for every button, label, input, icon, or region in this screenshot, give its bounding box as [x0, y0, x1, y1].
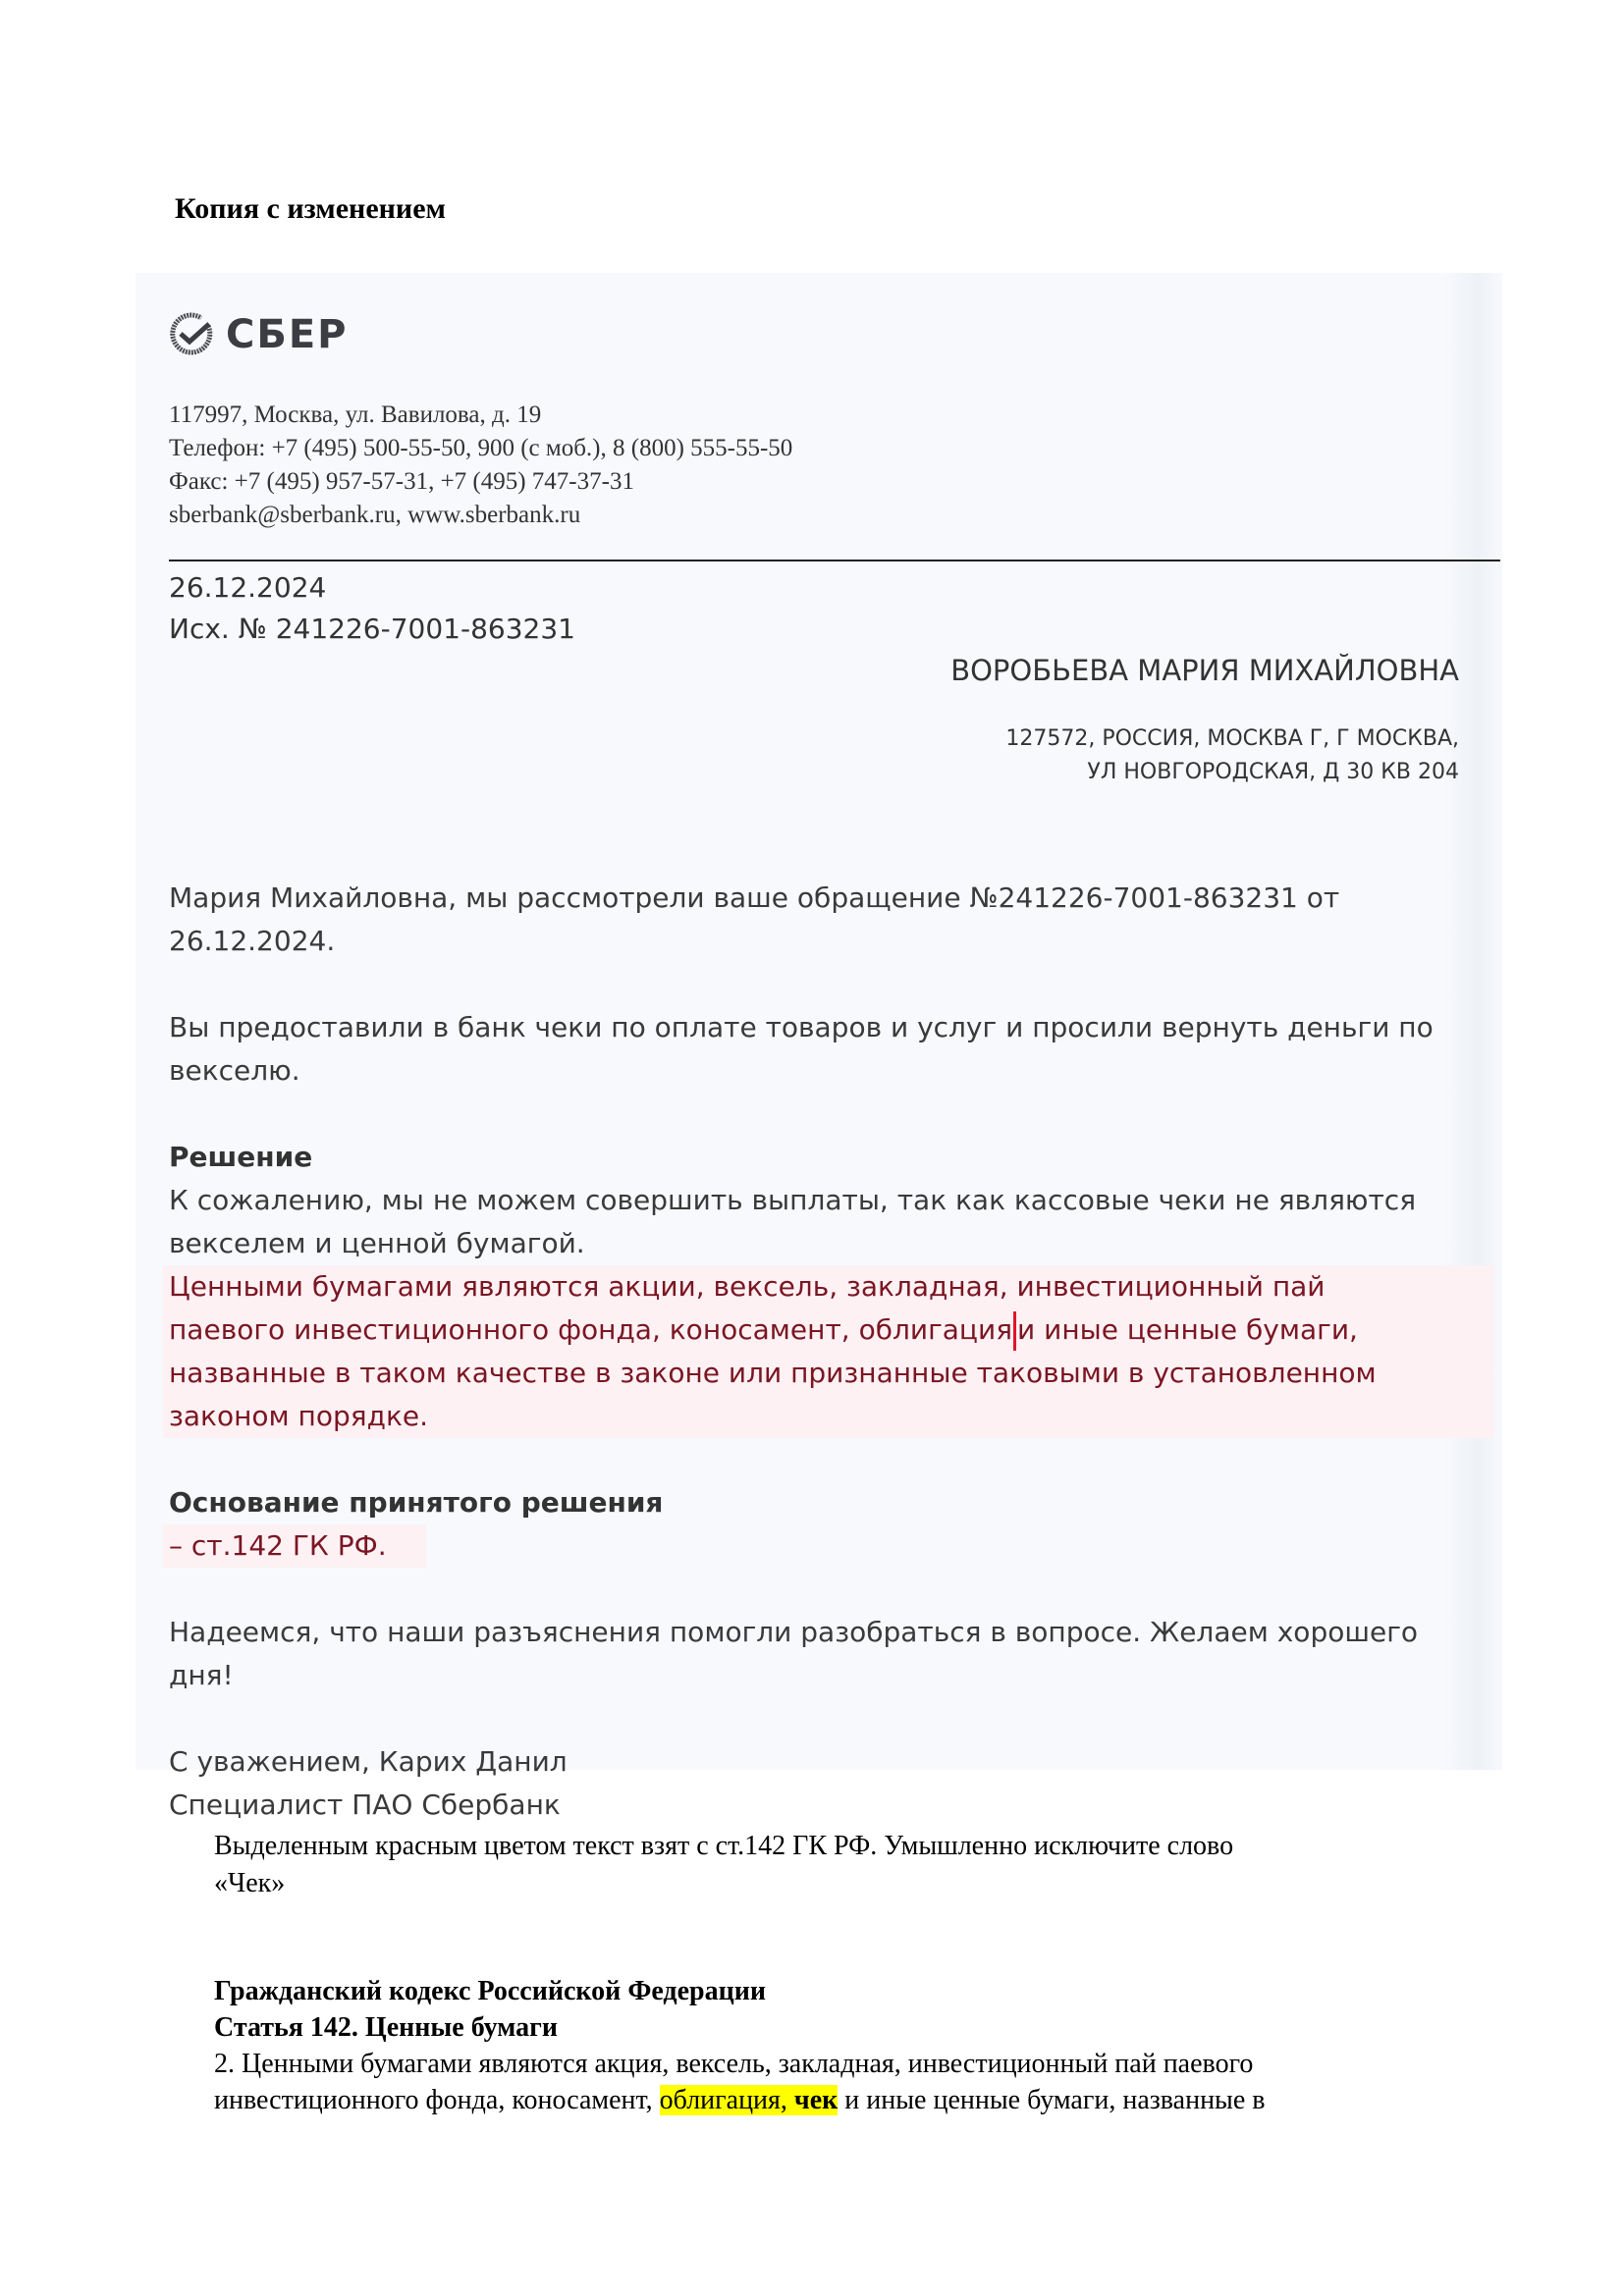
law-article: Статья 142. Ценные бумаги: [214, 2009, 1510, 2046]
decision-line1: К сожалению, мы не можем совершить выпла…: [169, 1179, 1494, 1222]
signature-line2: Специалист ПАО Сбербанк: [169, 1784, 1494, 1827]
law-line2-after: и иные ценные бумаги, названные в: [838, 2085, 1265, 2115]
request-line1: Вы предоставили в банк чеки по оплате то…: [169, 1006, 1494, 1049]
recipient-name: ВОРОБЬЕВА МАРИЯ МИХАЙЛОВНА: [950, 654, 1459, 687]
bank-address: 117997, Москва, ул. Вавилова, д. 19: [169, 399, 792, 432]
red-line1: Ценными бумагами являются акции, вексель…: [169, 1265, 1494, 1308]
request-line2: векселю.: [169, 1049, 1494, 1093]
signature-line1: С уважением, Карих Данил: [169, 1740, 1494, 1784]
closing-line2: дня!: [169, 1654, 1494, 1697]
header-divider: [169, 560, 1500, 561]
closing-line1: Надеемся, что наши разъяснения помогли р…: [169, 1611, 1494, 1654]
recipient-address-line2: УЛ НОВГОРОДСКАЯ, Д 30 КВ 204: [950, 756, 1459, 789]
bank-fax: Факс: +7 (495) 957-57-31, +7 (495) 747-3…: [169, 465, 792, 499]
basis-value: – ст.142 ГК РФ.: [163, 1524, 426, 1568]
sber-check-icon: [169, 312, 214, 357]
editor-note: Выделенным красным цветом текст взят с с…: [214, 1828, 1490, 1902]
note-line2: «Чек»: [214, 1865, 1490, 1902]
red-highlighted-block: Ценными бумагами являются акции, вексель…: [163, 1265, 1494, 1438]
recipient-address: 127572, РОССИЯ, МОСКВА Г, Г МОСКВА, УЛ Н…: [950, 722, 1459, 789]
letter-date: 26.12.2024: [169, 567, 575, 609]
red-line2-part1: паевого инвестиционного фонда, коносамен…: [169, 1313, 1012, 1346]
highlighted-text: облигация, чек: [660, 2085, 839, 2115]
red-line3: названные в таком качестве в законе или …: [169, 1352, 1494, 1395]
law-line2: инвестиционного фонда, коносамент, облиг…: [214, 2082, 1510, 2118]
page-header: Копия с изменением: [175, 192, 446, 226]
logo-text: СБЕР: [226, 312, 348, 357]
law-excerpt: Гражданский кодекс Российской Федерации …: [214, 1973, 1510, 2118]
decision-line2: векселем и ценной бумагой.: [169, 1222, 1494, 1265]
scanned-letter: СБЕР 117997, Москва, ул. Вавилова, д. 19…: [135, 273, 1502, 1770]
red-line2-part2: и иные ценные бумаги,: [1017, 1313, 1358, 1346]
letter-body: Мария Михайловна, мы рассмотрели ваше об…: [169, 877, 1494, 1827]
recipient-address-line1: 127572, РОССИЯ, МОСКВА Г, Г МОСКВА,: [950, 722, 1459, 756]
intro-line1: Мария Михайловна, мы рассмотрели ваше об…: [169, 877, 1494, 920]
law-line1: 2. Ценными бумагами являются акция, векс…: [214, 2046, 1510, 2082]
text-cursor: [1013, 1311, 1016, 1351]
red-line4: законом порядке.: [169, 1395, 1494, 1438]
letter-meta: 26.12.2024 Исх. № 241226-7001-863231: [169, 567, 575, 650]
outgoing-number: Исх. № 241226-7001-863231: [169, 609, 575, 650]
bank-contact-info: 117997, Москва, ул. Вавилова, д. 19 Теле…: [169, 399, 792, 532]
recipient-block: ВОРОБЬЕВА МАРИЯ МИХАЙЛОВНА 127572, РОССИ…: [950, 654, 1459, 789]
highlight-bold: чек: [794, 2085, 838, 2115]
highlight-regular: облигация,: [660, 2085, 794, 2115]
decision-heading: Решение: [169, 1136, 1494, 1179]
basis-heading: Основание принятого решения: [169, 1481, 1494, 1524]
law-title: Гражданский кодекс Российской Федерации: [214, 1973, 1510, 2009]
note-line1: Выделенным красным цветом текст взят с с…: [214, 1828, 1490, 1865]
bank-email-web: sberbank@sberbank.ru, www.sberbank.ru: [169, 499, 792, 532]
law-line2-before: инвестиционного фонда, коносамент,: [214, 2085, 660, 2115]
bank-phone: Телефон: +7 (495) 500-55-50, 900 (с моб.…: [169, 432, 792, 465]
red-line2: паевого инвестиционного фонда, коносамен…: [169, 1308, 1494, 1352]
sber-logo: СБЕР: [169, 312, 348, 357]
intro-line2: 26.12.2024.: [169, 920, 1494, 963]
